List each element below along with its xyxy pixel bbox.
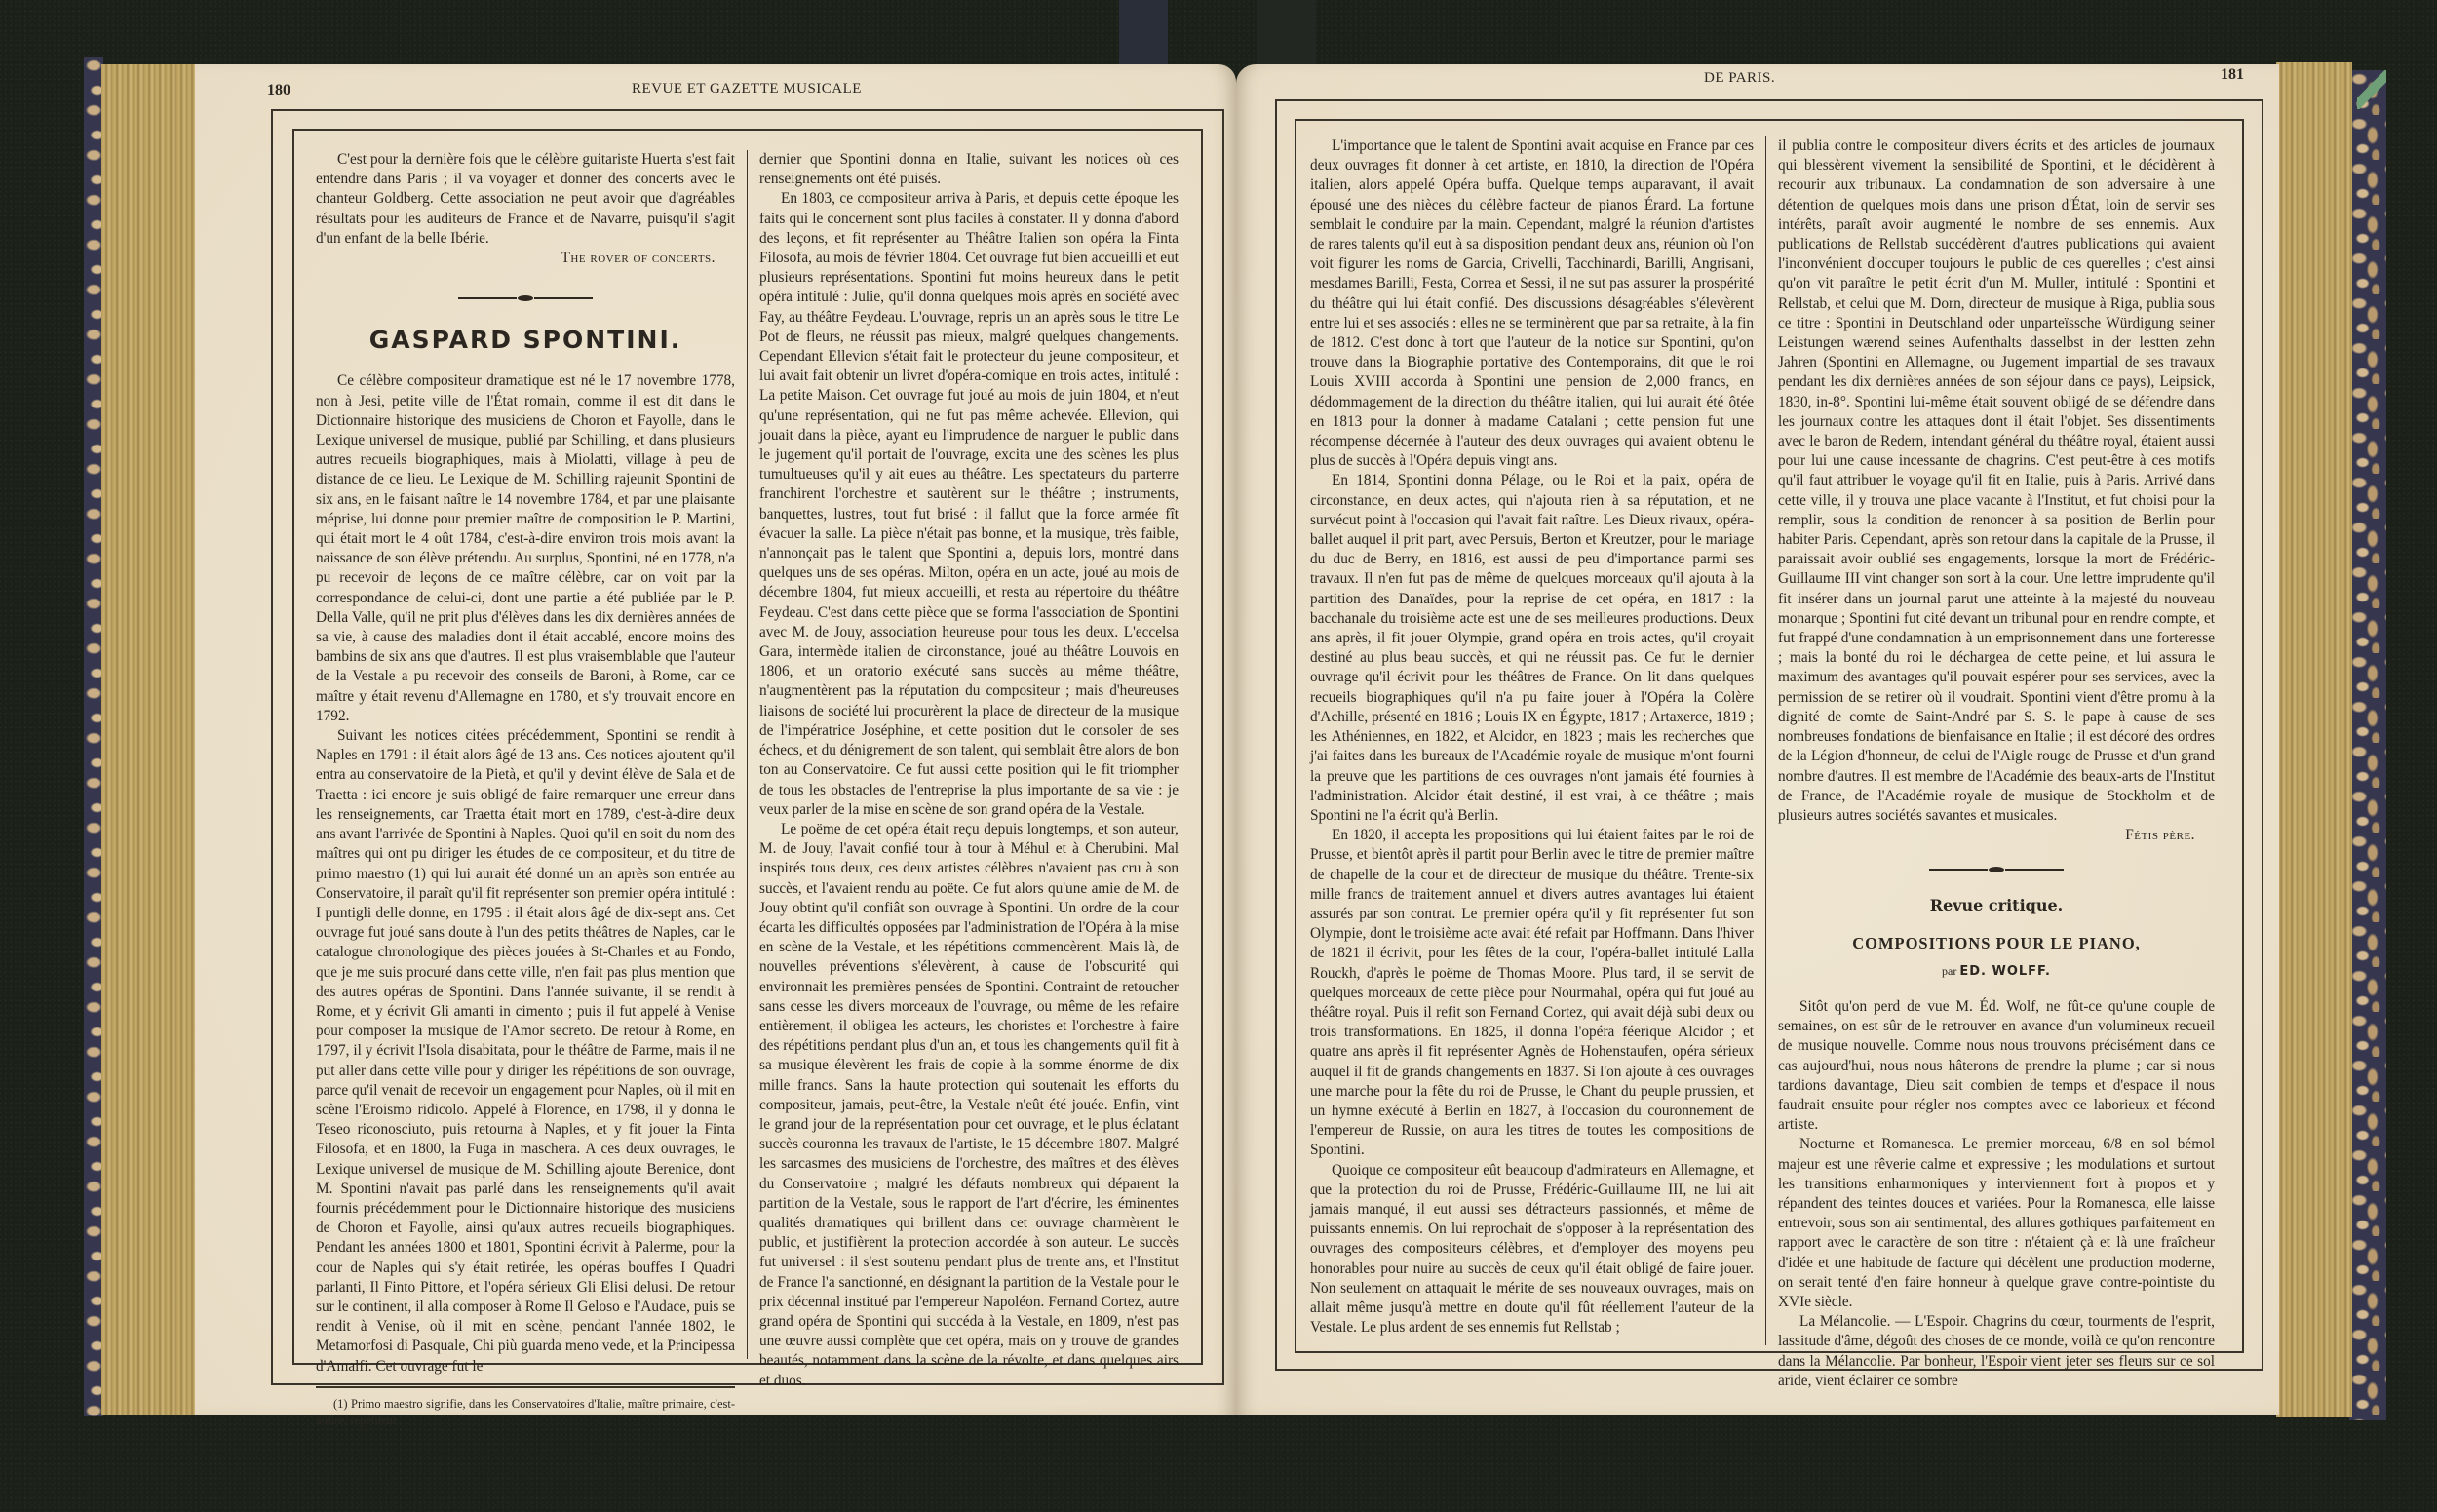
marbled-cover-left (84, 57, 103, 1416)
footnote-divider (316, 1386, 735, 1388)
section-divider-ornament (1778, 867, 2215, 872)
page-number: 180 (267, 82, 290, 99)
section-title: Revue critique. (1778, 896, 2215, 915)
right-page-column-2: il publia contre le compositeur divers é… (1778, 136, 2215, 1345)
column-divider (747, 150, 748, 1359)
paragraph: il publia contre le compositeur divers é… (1778, 136, 2215, 826)
note-signature: The rover of concerts. (316, 249, 735, 268)
page-edges-left (101, 64, 195, 1415)
paragraph: Suivant les notices citées précédemment,… (316, 726, 735, 1376)
cover-corner-leather (2357, 70, 2386, 109)
byline: par ED. WOLFF. (1778, 961, 2215, 982)
page-number: 181 (2221, 66, 2244, 84)
paragraph: En 1803, ce compositeur arriva à Paris, … (759, 189, 1179, 820)
paragraph: Sitôt qu'on perd de vue M. Éd. Wolf, ne … (1778, 997, 2215, 1135)
paragraph: Ce célèbre compositeur dramatique est né… (316, 371, 735, 726)
page-edges-right (2276, 62, 2352, 1417)
marbled-cover-right (2349, 70, 2386, 1420)
right-page-columns: L'importance que le talent de Spontini a… (1310, 136, 2226, 1345)
paragraph: L'importance que le talent de Spontini a… (1310, 136, 1754, 471)
left-page-column-1: C'est pour la dernière fois que le célèb… (316, 150, 735, 1359)
right-page-column-1: L'importance que le talent de Spontini a… (1310, 136, 1754, 1345)
left-page-columns: C'est pour la dernière fois que le célèb… (316, 150, 1183, 1359)
running-head: REVUE ET GAZETTE MUSICALE (632, 81, 862, 97)
paragraph: Le poëme de cet opéra était reçu depuis … (759, 820, 1179, 1391)
byline-prefix: par (1942, 964, 1956, 978)
paragraph: Quoique ce compositeur eût beaucoup d'ad… (1310, 1161, 1754, 1338)
paragraph: Nocturne et Romanesca. Le premier morcea… (1778, 1135, 2215, 1312)
subsection-title: COMPOSITIONS POUR LE PIANO, (1778, 934, 2215, 953)
article-title: GASPARD SPONTINI. (316, 330, 735, 350)
running-head: DE PARIS. (1704, 70, 1775, 87)
left-page: 180 REVUE ET GAZETTE MUSICALE C'est pour… (195, 64, 1236, 1415)
article-signature: Fétis père. (1778, 826, 2215, 845)
scanner-mount-left (1119, 0, 1168, 68)
paragraph: dernier que Spontini donna en Italie, su… (759, 150, 1179, 189)
paragraph: La Mélancolie. — L'Espoir. Chagrins du c… (1778, 1312, 2215, 1391)
scanner-mount-right (1257, 0, 1316, 68)
left-page-column-2: dernier que Spontini donna en Italie, su… (759, 150, 1179, 1359)
byline-author: ED. WOLFF. (1959, 964, 2051, 979)
paragraph: En 1820, il accepta les propositions qui… (1310, 826, 1754, 1160)
section-divider-ornament (316, 295, 735, 301)
huerta-note: C'est pour la dernière fois que le célèb… (316, 150, 735, 249)
paragraph: En 1814, Spontini donna Pélage, ou le Ro… (1310, 471, 1754, 826)
column-divider (1765, 136, 1766, 1345)
footnote: (1) Primo maestro signifie, dans les Con… (316, 1396, 735, 1429)
right-page: DE PARIS. 181 L'importance que le talent… (1236, 64, 2279, 1415)
